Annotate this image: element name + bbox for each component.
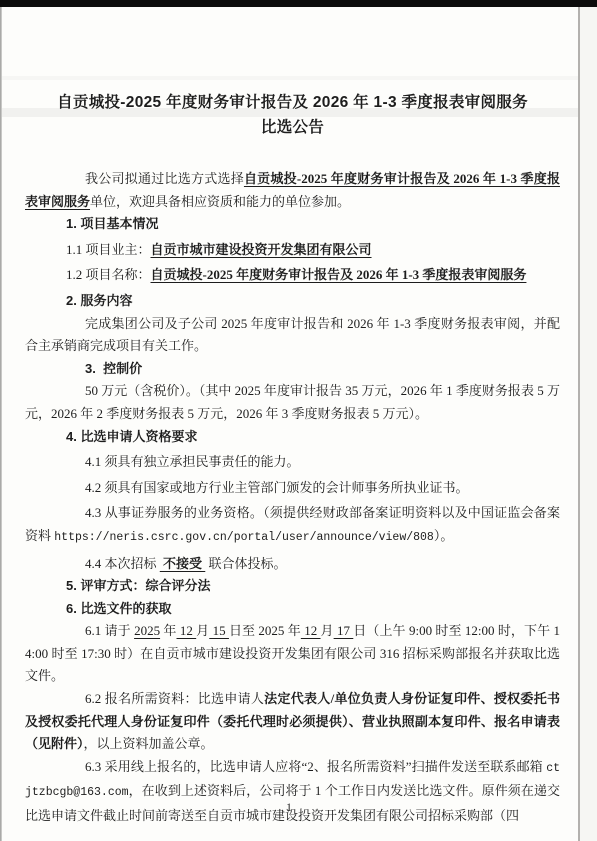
section-4-item-2: 4.2 须具有国家或地方行业主管部门颁发的会计师事务所执业证书。 bbox=[25, 477, 560, 500]
document-title-line1: 自贡城投-2025 年度财务审计报告及 2026 年 1-3 季度报表审阅服务 bbox=[25, 90, 560, 115]
no-consortium-emphasis: 不接受 bbox=[160, 556, 206, 571]
blank-year-1: 2025 bbox=[134, 623, 160, 638]
section-3-body: 50 万元（含税价）。（其中 2025 年度审计报告 35 万元，2026 年 … bbox=[25, 380, 560, 425]
section-4-item-4: 4.4 本次招标 不接受 联合体投标。 bbox=[25, 553, 560, 576]
document-title-line2: 比选公告 bbox=[25, 115, 560, 140]
section-4-item-1: 4.1 须具有独立承担民事责任的能力。 bbox=[25, 451, 560, 474]
no-consortium-pre: 4.4 本次招标 bbox=[85, 556, 160, 571]
section-4-heading: 4. 比选申请人资格要求 bbox=[25, 426, 560, 449]
section-6-item-3: 6.3 采用线上报名的，比选申请人应将“2、报名所需资料”扫描件发送至联系邮箱 … bbox=[25, 756, 560, 828]
section-1-heading: 1. 项目基本情况 bbox=[25, 213, 560, 236]
title-gap bbox=[25, 140, 560, 168]
owner-value: 自贡市城市建设投资开发集团有限公司 bbox=[151, 242, 372, 257]
no-consortium-post: 联合体投标。 bbox=[205, 556, 286, 571]
page-right-margin bbox=[580, 7, 597, 841]
project-name-label: 1.2 项目名称： bbox=[66, 267, 151, 282]
qualification-text-end: ）。 bbox=[434, 528, 454, 543]
blank-day-2: 17 bbox=[334, 623, 354, 638]
intro-paragraph: 我公司拟通过比选方式选择自贡城投-2025 年度财务审计报告及 2026 年 1… bbox=[25, 168, 560, 213]
section-2-heading: 2. 服务内容 bbox=[25, 290, 560, 313]
blank-month-1: 12 bbox=[177, 623, 197, 638]
blank-day-1: 15 bbox=[209, 623, 229, 638]
section-6-item-2: 6.2 报名所需资料：比选申请人法定代表人/单位负责人身份证复印件、授权委托书及… bbox=[25, 688, 560, 756]
scanned-document-page: 自贡城投-2025 年度财务审计报告及 2026 年 1-3 季度报表审阅服务 … bbox=[0, 0, 597, 841]
owner-label: 1.1 项目业主： bbox=[66, 242, 151, 257]
project-name-value: 自贡城投-2025 年度财务审计报告及 2026 年 1-3 季度报表审阅服务 bbox=[151, 267, 527, 282]
page-right-edge bbox=[578, 7, 580, 841]
document-title: 自贡城投-2025 年度财务审计报告及 2026 年 1-3 季度报表审阅服务 … bbox=[25, 90, 560, 140]
intro-text-end: 单位，欢迎具备相应资质和能力的单位参加。 bbox=[90, 194, 350, 209]
section-1-item-project-name: 1.2 项目名称：自贡城投-2025 年度财务审计报告及 2026 年 1-3 … bbox=[25, 264, 560, 287]
section-6-heading: 6. 比选文件的获取 bbox=[25, 598, 560, 621]
page-number: 1 bbox=[0, 800, 578, 815]
date-separator: 日至 2025 年 bbox=[229, 623, 301, 638]
page-left-edge bbox=[0, 7, 2, 841]
section-3-heading: 3. 控制价 bbox=[25, 358, 560, 381]
intro-text: 我公司拟通过比选方式选择 bbox=[85, 171, 244, 186]
section-4-item-3: 4.3 从事证券服务的业务资格。（须提供经财政部备案证明资料以及中国证监会备案资… bbox=[25, 502, 560, 549]
date-separator: 月 bbox=[321, 623, 334, 638]
section-5-heading: 5. 评审方式：综合评分法 bbox=[25, 575, 560, 598]
obtain-docs-pre: 6.1 请于 bbox=[85, 623, 134, 638]
online-signup-pre: 6.3 采用线上报名的，比选申请人应将“2、报名所需资料”扫描件发送至联系邮箱 bbox=[85, 759, 546, 774]
csrc-url: https://neris.csrc.gov.cn/portal/user/an… bbox=[54, 531, 434, 544]
required-materials-pre: 6.2 报名所需资料：比选申请人 bbox=[85, 691, 264, 706]
required-materials-post: ，以上资料加盖公章。 bbox=[84, 736, 214, 751]
section-1-item-owner: 1.1 项目业主：自贡市城市建设投资开发集团有限公司 bbox=[25, 239, 560, 262]
document-body: 自贡城投-2025 年度财务审计报告及 2026 年 1-3 季度报表审阅服务 … bbox=[25, 0, 560, 828]
date-separator: 年 bbox=[160, 623, 176, 638]
date-separator: 月 bbox=[196, 623, 209, 638]
section-6-item-1: 6.1 请于 2025 年 12 月 15 日至 2025 年 12 月 17 … bbox=[25, 620, 560, 688]
blank-month-2: 12 bbox=[301, 623, 321, 638]
section-2-body: 完成集团公司及子公司 2025 年度审计报告和 2026 年 1-3 季度财务报… bbox=[25, 313, 560, 358]
